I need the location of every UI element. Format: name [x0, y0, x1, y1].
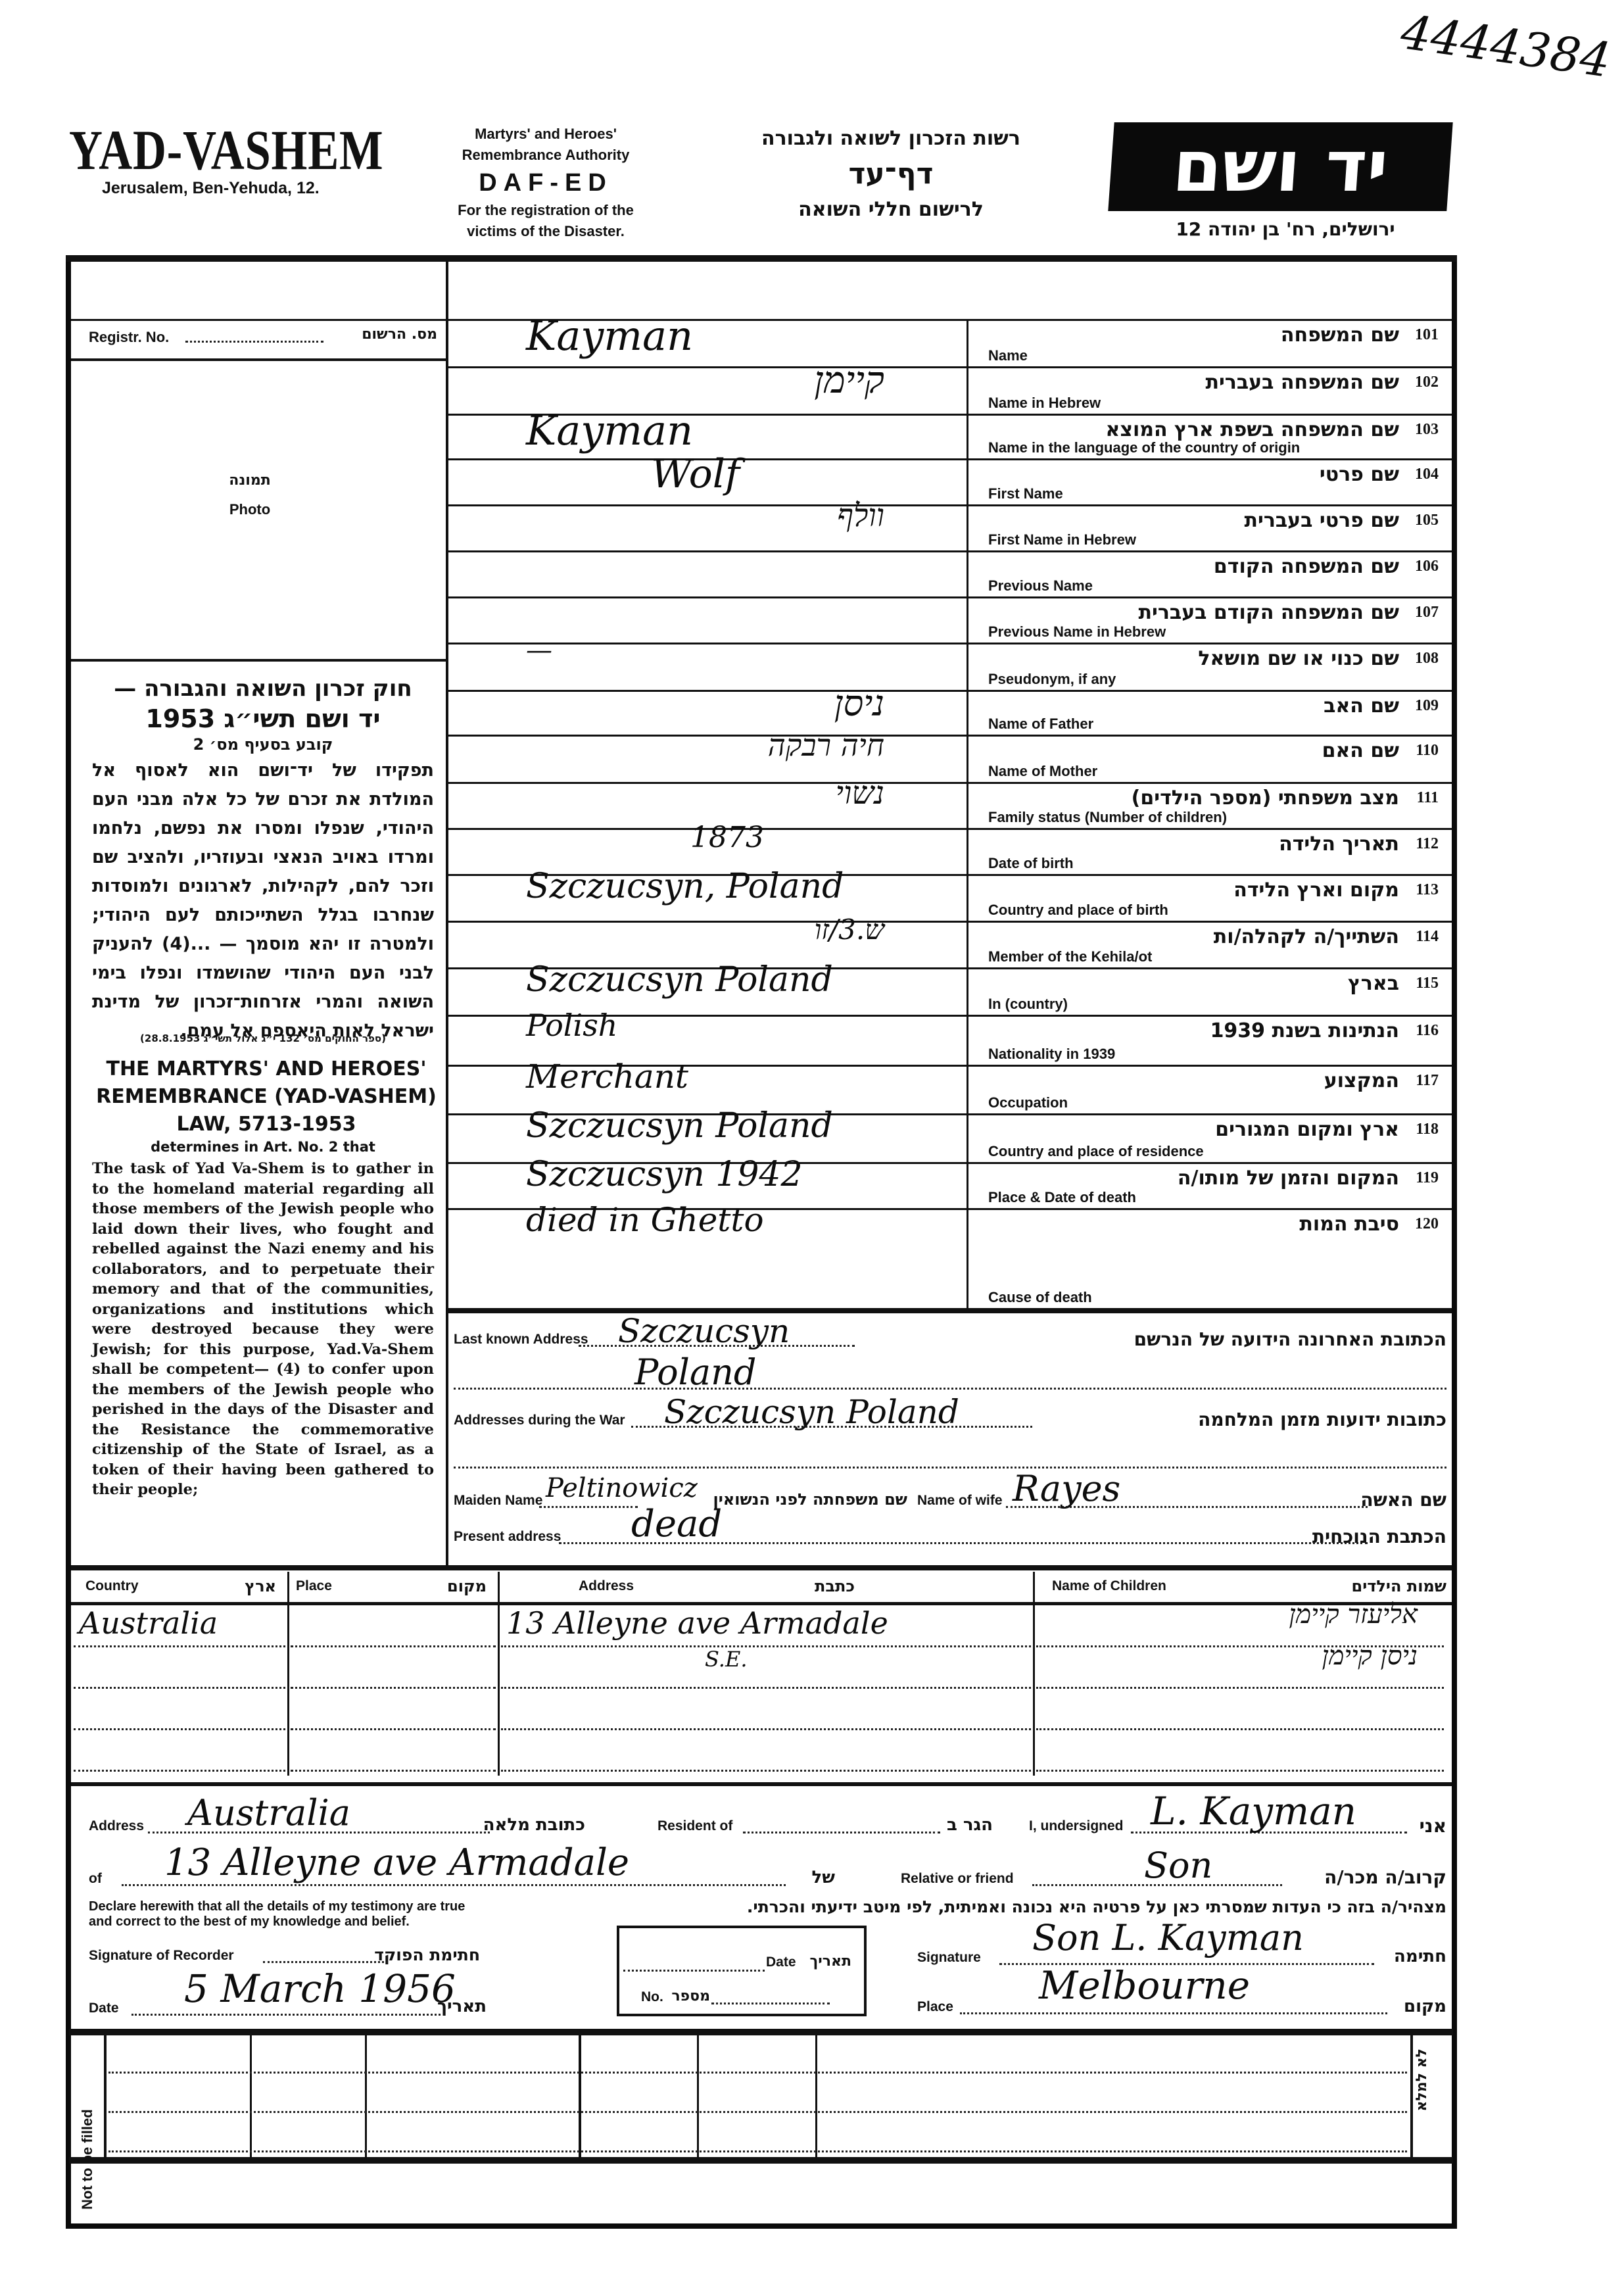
recorder-label: Signature of Recorder [89, 1948, 234, 1964]
decl-address-heb: כתובת מלאה [493, 1815, 585, 1835]
box-date-label: Date [766, 1954, 796, 1970]
field-number: 116 [1416, 1022, 1439, 1040]
field-number: 107 [1415, 604, 1439, 621]
last-known-value: Szczucsyn [618, 1312, 790, 1350]
field-106-input[interactable] [454, 552, 963, 598]
field-104-label-cell: 104שם פרטיFirst Name [972, 460, 1452, 506]
undersigned-value: L. Kayman [1151, 1789, 1356, 1833]
field-label-heb: בארץ [1348, 972, 1399, 995]
undersigned-label: I, undersigned [1029, 1818, 1124, 1834]
of-value: 13 Alleyne ave Armadale [164, 1841, 629, 1884]
field-label-heb: תאריך הלידה [1279, 833, 1399, 856]
date-heb: תאריך [441, 1997, 487, 2016]
children-table-cell-children[interactable] [1036, 1732, 1444, 1772]
field-119-label-cell: 119המקום והזמן של מותו/הPlace & Date of … [972, 1164, 1452, 1210]
children-table-cell-address[interactable] [501, 1732, 1031, 1772]
date-value: 5 March 1956 [184, 1966, 456, 2011]
cell-value: 13 Alleyne ave Armadale [506, 1605, 888, 1641]
field-108-input[interactable]: — [454, 644, 963, 692]
registr-label: Registr. No. [89, 329, 169, 346]
field-label-en: First Name in Hebrew [988, 531, 1136, 548]
children-table-cell-place[interactable] [291, 1608, 496, 1647]
form-name: DAF-ED [401, 166, 690, 200]
heb-form-name: דף־עד [736, 154, 1045, 195]
field-label-en: Name in the language of the country of o… [988, 439, 1300, 456]
field-number: 104 [1415, 466, 1439, 483]
office-row-3 [108, 2150, 1407, 2152]
law-en-title3: LAW, 5713-1953 [85, 1111, 447, 1138]
present-address-value: dead [631, 1503, 722, 1545]
field-113-input[interactable]: Szczucsyn, Poland [454, 876, 963, 923]
col-children-heb: שמות הילדים [1289, 1577, 1446, 1595]
photo-area[interactable] [71, 362, 444, 654]
field-value: Szczucsyn 1942 [526, 1155, 803, 1194]
law-heb-title2: יד ושם תשי״ג 1953 [92, 704, 434, 734]
place-heb: מקום [1387, 1997, 1446, 2016]
war-address-value: Szczucsyn Poland [664, 1393, 959, 1431]
org-address: Jerusalem, Ben-Yehuda, 12. [102, 179, 320, 198]
authority-line2: Remembrance Authority [401, 145, 690, 166]
children-table-cell-children[interactable]: ניסן קיימן [1036, 1649, 1444, 1689]
field-105-input[interactable]: וולף [454, 506, 963, 552]
field-label-en: Member of the Kehila/ot [988, 948, 1152, 965]
relative-value: Son [1144, 1845, 1212, 1886]
heb-address: ירושלים, רח' בן יהודה 12 [1118, 218, 1453, 240]
field-label-en: First Name [988, 485, 1063, 502]
divider [697, 2035, 699, 2157]
wife-name-label: Name of wife [917, 1493, 1003, 1509]
date-input[interactable] [131, 2014, 441, 2016]
declare-en: Declare herewith that all the details of… [89, 1899, 483, 1930]
law-en-title1: THE MARTYRS' AND HEROES' [85, 1056, 447, 1083]
of-input[interactable] [122, 1884, 786, 1886]
office-row-2 [108, 2111, 1407, 2113]
field-label-heb: שם האם [1322, 739, 1399, 762]
field-label-heb: מקום וארץ הלידה [1233, 879, 1399, 902]
field-number: 105 [1415, 512, 1439, 529]
field-value: ניסן [834, 683, 884, 724]
children-table-cell-place[interactable] [291, 1691, 496, 1730]
last-known-label: Last known Address [454, 1332, 588, 1347]
field-105-label-cell: 105שם פרטי בעבריתFirst Name in Hebrew [972, 506, 1452, 552]
field-label-heb: שם פרטי בעברית [1245, 509, 1400, 532]
children-table-cell-children[interactable] [1036, 1691, 1444, 1730]
signature-value: Son L. Kayman [1032, 1917, 1304, 1958]
field-number: 115 [1416, 975, 1439, 992]
relative-label: Relative or friend [901, 1871, 1014, 1887]
field-value: Polish [526, 1007, 617, 1043]
col-country-heb: ארץ [224, 1577, 276, 1595]
authority-block: Martyrs' and Heroes' Remembrance Authori… [401, 124, 690, 242]
field-label-en: Previous Name [988, 577, 1093, 595]
not-filled-en: Not to be filled [79, 2065, 89, 2210]
children-table-cell-place[interactable] [291, 1649, 496, 1689]
field-label-en: Name of Father [988, 716, 1093, 733]
field-label-en: Occupation [988, 1094, 1068, 1111]
field-number: 119 [1416, 1169, 1439, 1187]
hebrew-authority-block: רשות הזכרון לשואה ולגבורה דף־עד לרישום ח… [736, 124, 1045, 225]
of-label: of [89, 1871, 102, 1887]
box-no-label: No. [641, 1989, 663, 2005]
field-number: 110 [1416, 742, 1439, 760]
divider [579, 2035, 581, 2157]
place-value: Melbourne [1039, 1963, 1250, 2008]
col-address: Address [579, 1578, 634, 1594]
field-number: 120 [1415, 1215, 1439, 1233]
field-label-en: Pseudonym, if any [988, 671, 1116, 688]
law-en-body: The task of Yad Va-Shem is to gather in … [92, 1159, 434, 1500]
of-heb: של [789, 1868, 835, 1887]
undersigned-heb: אני [1407, 1815, 1446, 1837]
field-label-en: Previous Name in Hebrew [988, 623, 1166, 641]
field-115-label-cell: 115בארץIn (country) [972, 969, 1452, 1017]
children-table-cell-address[interactable] [501, 1691, 1031, 1730]
divider [498, 1572, 500, 1776]
law-en-title: THE MARTYRS' AND HEROES' REMEMBRANCE (YA… [85, 1056, 447, 1138]
field-number: 111 [1417, 789, 1439, 807]
purpose-line1: For the registration of the [401, 200, 690, 221]
last-known-value2: Poland [634, 1351, 756, 1393]
field-label-heb: שם המשפחה [1281, 324, 1399, 347]
file-number: 4444384 [1398, 4, 1614, 88]
field-101-label-cell: 101שם המשפחהName [972, 321, 1452, 368]
divider [71, 1782, 1452, 1786]
war-address-input-line2[interactable] [454, 1467, 1446, 1469]
yad-vashem-logo: יד ושם [1108, 122, 1452, 211]
field-label-heb: ארץ ומקום המגורים [1215, 1118, 1399, 1141]
field-label-heb: הנתינות בשנת 1939 [1210, 1019, 1399, 1042]
field-113-label-cell: 113מקום וארץ הלידהCountry and place of b… [972, 876, 1452, 923]
field-value: וולף [837, 497, 884, 534]
field-110-input[interactable]: חיה רבקה [454, 737, 963, 784]
field-label-heb: שם האב [1324, 694, 1399, 717]
field-number: 112 [1416, 835, 1439, 853]
divider [250, 2035, 252, 2157]
heb-authority: רשות הזכרון לשואה ולגבורה [736, 124, 1045, 154]
field-label-heb: שם המשפחה הקודם בעברית [1139, 601, 1399, 624]
field-label-en: Cause of death [988, 1289, 1092, 1306]
field-102-label-cell: 102שם המשפחה בעבריתName in Hebrew [972, 368, 1452, 416]
col-place-heb: מקום [434, 1577, 487, 1595]
last-known-heb: הכתובת האחרונה הידועה של הנרשם [861, 1328, 1446, 1350]
heb-purpose: לרישום חללי השואה [736, 195, 1045, 225]
children-table-cell-address[interactable]: 13 Alleyne ave Armadale [501, 1608, 1031, 1647]
not-filled-heb: לא למלא [1414, 2049, 1429, 2112]
office-row-1 [108, 2072, 1407, 2074]
decl-address-label: Address [89, 1818, 144, 1834]
col-country: Country [85, 1578, 139, 1594]
field-label-heb: שם המשפחה הקודם [1214, 555, 1399, 578]
recorder-heb: חתימת הפוקד [381, 1945, 480, 1964]
field-value: Szczucsyn Poland [526, 960, 833, 1000]
col-children: Name of Children [1052, 1578, 1166, 1594]
field-120-label-cell: 120סיבת המותCause of death [972, 1210, 1452, 1310]
war-address-label: Addresses during the War [454, 1413, 625, 1428]
resident-heb: הגר ב [934, 1815, 993, 1835]
field-label-en: Nationality in 1939 [988, 1046, 1115, 1063]
field-106-label-cell: 106שם המשפחה הקודםPrevious Name [972, 552, 1452, 598]
field-104-input[interactable]: Wolf [454, 460, 963, 506]
registr-input[interactable] [185, 341, 323, 343]
field-109-label-cell: 109שם האבName of Father [972, 692, 1452, 737]
field-number: 102 [1415, 374, 1439, 391]
law-en-title2: REMEMBRANCE (YAD-VASHEM) [85, 1083, 447, 1111]
present-address-label: Present address [454, 1529, 561, 1545]
col-address-heb: כתבת [782, 1577, 855, 1595]
maiden-name-input[interactable] [539, 1506, 638, 1508]
children-table-cell-place[interactable] [291, 1732, 496, 1772]
field-label-heb: המקום והזמן של מותו/ה [1178, 1167, 1399, 1190]
field-number: 117 [1416, 1072, 1439, 1090]
children-table-cell-country[interactable] [74, 1691, 285, 1730]
field-114-label-cell: 114השתייך/ה לקהלה/ותMember of the Kehila… [972, 923, 1452, 969]
resident-label: Resident of [657, 1818, 732, 1834]
field-label-en: Family status (Number of children) [988, 809, 1227, 826]
box-date-input[interactable] [623, 1970, 765, 1972]
field-number: 109 [1415, 697, 1439, 715]
registr-heb: מס. הרשום [322, 326, 437, 343]
field-101-input[interactable]: Kayman [454, 321, 963, 368]
divider [69, 2157, 1453, 2164]
field-value: Szczucsyn, Poland [526, 867, 844, 906]
law-en-sub: determines in Art. No. 2 that [92, 1139, 434, 1155]
cell-value: Australia [79, 1605, 218, 1641]
children-table-cell-country[interactable]: Australia [74, 1608, 285, 1647]
decl-address-value: Australia [187, 1792, 350, 1833]
divider [287, 1572, 289, 1776]
signature-label: Signature [917, 1950, 981, 1966]
divider [104, 2035, 107, 2157]
children-table-cell-country[interactable] [74, 1649, 285, 1689]
field-116-label-cell: 116הנתינות בשנת 1939Nationality in 1939 [972, 1017, 1452, 1067]
present-address-heb: הכתבת הנוכחית [1249, 1526, 1446, 1547]
date-label: Date [89, 2001, 119, 2016]
divider [447, 1310, 1452, 1313]
field-label-heb: השתייך/ה לקהלה/ות [1214, 925, 1399, 948]
field-label-heb: שם פרטי [1320, 463, 1399, 486]
box-date-heb: תאריך [805, 1953, 851, 1970]
field-number: 108 [1415, 650, 1439, 668]
box-no-heb: מספר [664, 1988, 710, 2004]
field-value: נשוי [836, 775, 884, 812]
field-label-en: Place & Date of death [988, 1189, 1136, 1206]
war-address-heb: כתובות ידועות מזמן המלחמה [1039, 1409, 1446, 1430]
col-place: Place [296, 1578, 332, 1594]
field-value: died in Ghetto [526, 1201, 764, 1239]
law-heb-title1: חוק זכרון השואה והגבורה — [92, 674, 434, 703]
field-label-en: Name of Mother [988, 763, 1097, 780]
field-number: 114 [1416, 928, 1439, 946]
field-112-label-cell: 112תאריך הלידהDate of birth [972, 830, 1452, 876]
place-input[interactable] [960, 2012, 1387, 2014]
field-number: 118 [1416, 1121, 1439, 1138]
divider [1033, 1572, 1035, 1776]
field-value: Merchant [526, 1057, 688, 1096]
cell-value: S.E. [705, 1647, 747, 1672]
divider [365, 2035, 367, 2157]
field-108-label-cell: 108שם כנוי או שם מושאלPseudonym, if any [972, 644, 1452, 692]
children-table-cell-address[interactable]: S.E. [501, 1649, 1031, 1689]
divider [815, 2035, 817, 2157]
field-value: Kayman [526, 406, 693, 454]
field-value: 1873 [690, 821, 764, 854]
maiden-name-label: Maiden Name [454, 1493, 542, 1509]
law-heb-ref: (ספר החוקים מס׳ 132 י״ג אלול תשי״ג 28.8.… [92, 1032, 434, 1044]
purpose-line2: victims of the Disaster. [401, 221, 690, 242]
field-label-heb: שם המשפחה בעברית [1205, 371, 1399, 394]
box-no-input[interactable] [711, 2003, 830, 2004]
field-109-input[interactable]: ניסן [454, 692, 963, 737]
field-value: ש.3/זו [815, 913, 884, 946]
wife-name-heb: שם האשה [1341, 1489, 1446, 1511]
recorder-signature-input[interactable] [263, 1961, 388, 1963]
divider [71, 358, 447, 361]
org-name: YAD-VASHEM [69, 117, 383, 183]
field-111-label-cell: 111מצב משפחתי (מספר הילדים)Family status… [972, 784, 1452, 830]
field-value: Szczucsyn Poland [526, 1106, 833, 1146]
divider [71, 659, 447, 662]
field-118-label-cell: 118ארץ ומקום המגוריםCountry and place of… [972, 1115, 1452, 1164]
divider [66, 255, 1457, 262]
field-label-en: Country and place of birth [988, 902, 1168, 919]
field-label-en: Name [988, 347, 1028, 364]
field-label-heb: המקצוע [1324, 1069, 1399, 1092]
place-label: Place [917, 1999, 953, 2015]
field-value: חיה רבקה [768, 727, 884, 763]
field-label-heb: שם המשפחה בשפת ארץ המוצא [1106, 418, 1399, 441]
field-value: Kayman [526, 312, 693, 360]
divider [1410, 2035, 1413, 2157]
cell-value: אליעזר קיימן [1289, 1599, 1418, 1630]
field-value: — [526, 635, 552, 666]
field-value: Wolf [651, 451, 740, 497]
field-value: קיימן [814, 359, 884, 402]
field-number: 113 [1416, 881, 1439, 899]
cell-value: ניסן קיימן [1322, 1640, 1418, 1671]
field-label-en: In (country) [988, 996, 1068, 1013]
field-117-label-cell: 117המקצועOccupation [972, 1067, 1452, 1115]
children-table-cell-country[interactable] [74, 1732, 285, 1772]
last-known-input-line2[interactable] [454, 1388, 1446, 1390]
wife-name-value: Rayes [1013, 1468, 1120, 1509]
field-label-heb: מצב משפחתי (מספר הילדים) [1132, 787, 1399, 810]
signature-heb: חתימה [1377, 1947, 1446, 1966]
field-number: 101 [1415, 326, 1439, 344]
field-label-heb: שם כנוי או שם מושאל [1198, 647, 1399, 670]
field-110-label-cell: 110שם האםName of Mother [972, 737, 1452, 784]
field-label-heb: סיבת המות [1299, 1213, 1399, 1236]
relative-heb: קרוב/ה מכר/ה [1289, 1866, 1446, 1888]
divider [69, 2029, 1453, 2035]
field-number: 103 [1415, 421, 1439, 439]
field-number: 106 [1415, 558, 1439, 575]
field-label-en: Country and place of residence [988, 1143, 1204, 1160]
resident-input[interactable] [743, 1832, 940, 1833]
declare-heb: מצהיר/ה בזה כי העדות שמסרתי כאן על פרטיה… [487, 1897, 1446, 1916]
field-120-input[interactable]: died in Ghetto [454, 1210, 963, 1310]
divider [71, 1565, 1452, 1570]
law-heb-body: תפקידו של יד־ושם הוא לאסוף אל המולדת את … [92, 756, 434, 1046]
field-label-en: Name in Hebrew [988, 395, 1101, 412]
law-heb-sub: קובע בסעיף מס׳ 2 [92, 735, 434, 754]
field-107-label-cell: 107שם המשפחה הקודם בעבריתPrevious Name i… [972, 598, 1452, 644]
field-103-label-cell: 103שם המשפחה בשפת ארץ המוצאName in the l… [972, 416, 1452, 460]
field-label-en: Date of birth [988, 855, 1074, 872]
authority-line1: Martyrs' and Heroes' [401, 124, 690, 145]
